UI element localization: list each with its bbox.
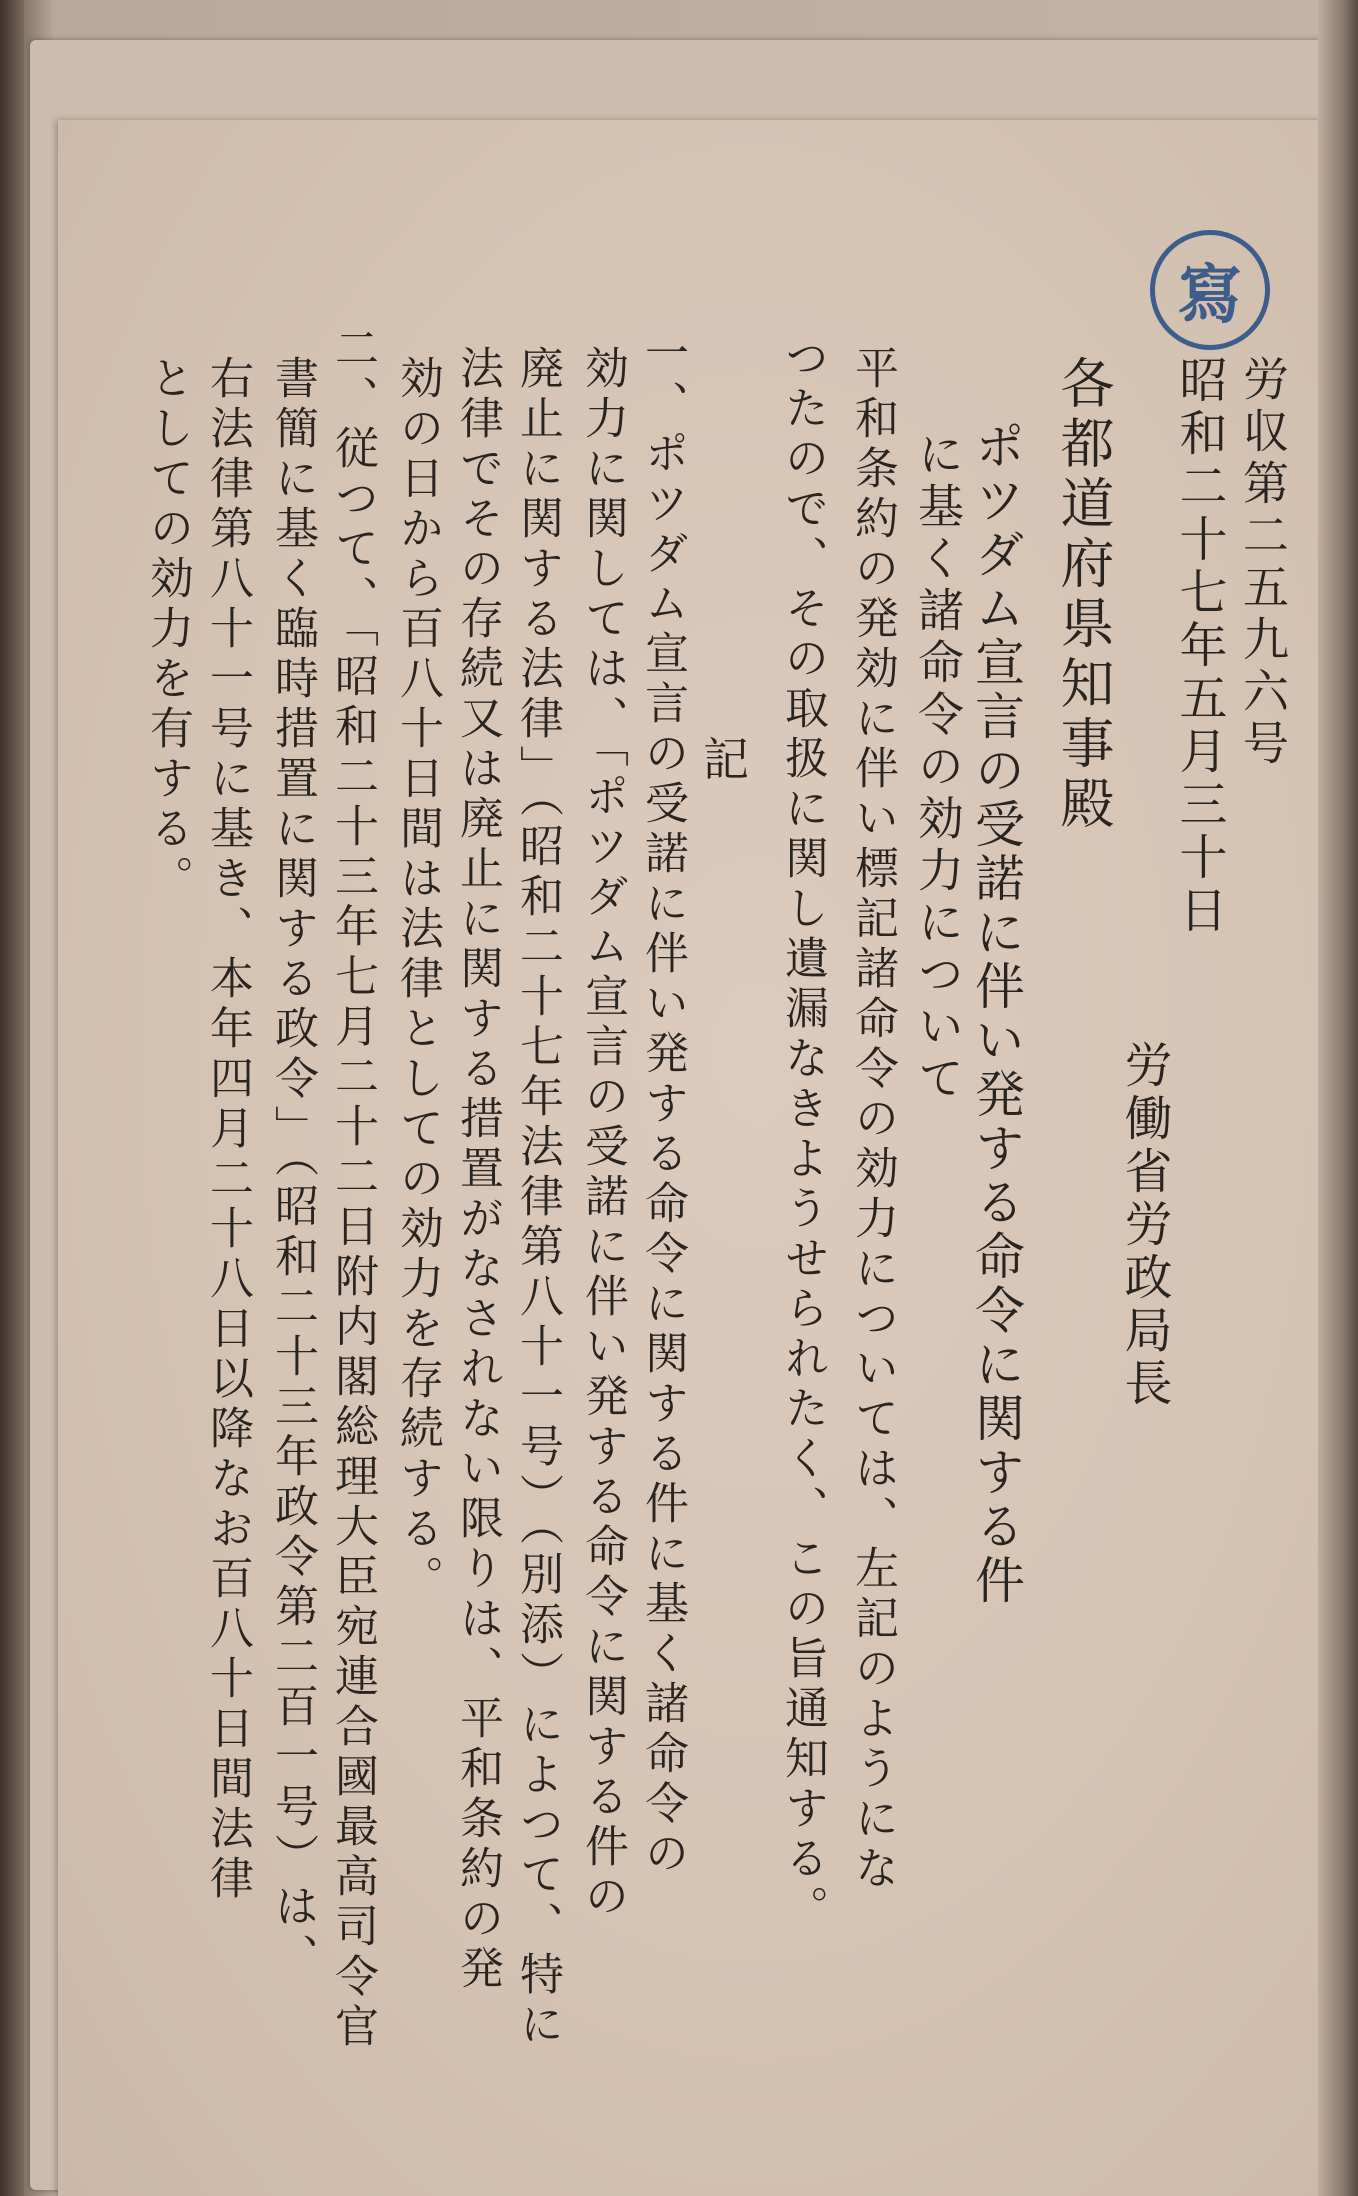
item-2-line-3: 右法律第八十一号に基き、本年四月二十八日以降なお百八十日間法律 bbox=[195, 355, 259, 1905]
item-1-line-3: 廃止に関する法律」（昭和二十七年法律第八十一号）（別添）によつて、特に bbox=[505, 345, 569, 2051]
copy-stamp-icon: 寫 bbox=[1150, 230, 1270, 350]
item-1-line-4: 法律でその存続又は廃止に関する措置がなされない限りは、平和条約の発 bbox=[445, 345, 509, 1995]
item-1-line-2: 効力に関しては、「ポツダム宣言の受諾に伴い発する命令に関する件の bbox=[570, 345, 634, 1923]
item-2-line-4: としての効力を有する。 bbox=[135, 355, 199, 905]
body-line-2: つたので、その取扱に関し遺漏なきようせられたく、この旨通知する。 bbox=[770, 335, 834, 1935]
addressee: 各都道府県知事殿 bbox=[1045, 355, 1122, 835]
item-1-line-1: 一、ポツダム宣言の受諾に伴い発する命令に関する件に基く諸命令の bbox=[630, 330, 694, 1880]
document-number: 労収第二五九六号 bbox=[1230, 355, 1296, 771]
item-2-line-2: 書簡に基く臨時措置に関する政令」（昭和二十三年政令第二百一号）は、 bbox=[260, 355, 324, 1983]
stamp-glyph: 寫 bbox=[1178, 244, 1242, 336]
ki-label: 記 bbox=[690, 735, 756, 787]
subject-line-2: に基く諸命令の効力について bbox=[905, 430, 971, 1106]
item-2-line-1: 二、従つて、「昭和二十三年七月二十二日附内閣総理大臣宛連合國最高司令官 bbox=[320, 325, 384, 2053]
document-date: 昭和二十七年五月三十日 bbox=[1165, 355, 1234, 938]
binder-spine bbox=[0, 0, 24, 2196]
sender: 労働省労政局長 bbox=[1110, 1040, 1179, 1411]
body-line-1: 平和条約の発効に伴い標記諸命令の効力については、左記のようにな bbox=[840, 345, 904, 1895]
page-stack-edge bbox=[1318, 0, 1358, 2196]
item-1-line-5: 効の日から百八十日間は法律としての効力を存続する。 bbox=[385, 355, 449, 1605]
